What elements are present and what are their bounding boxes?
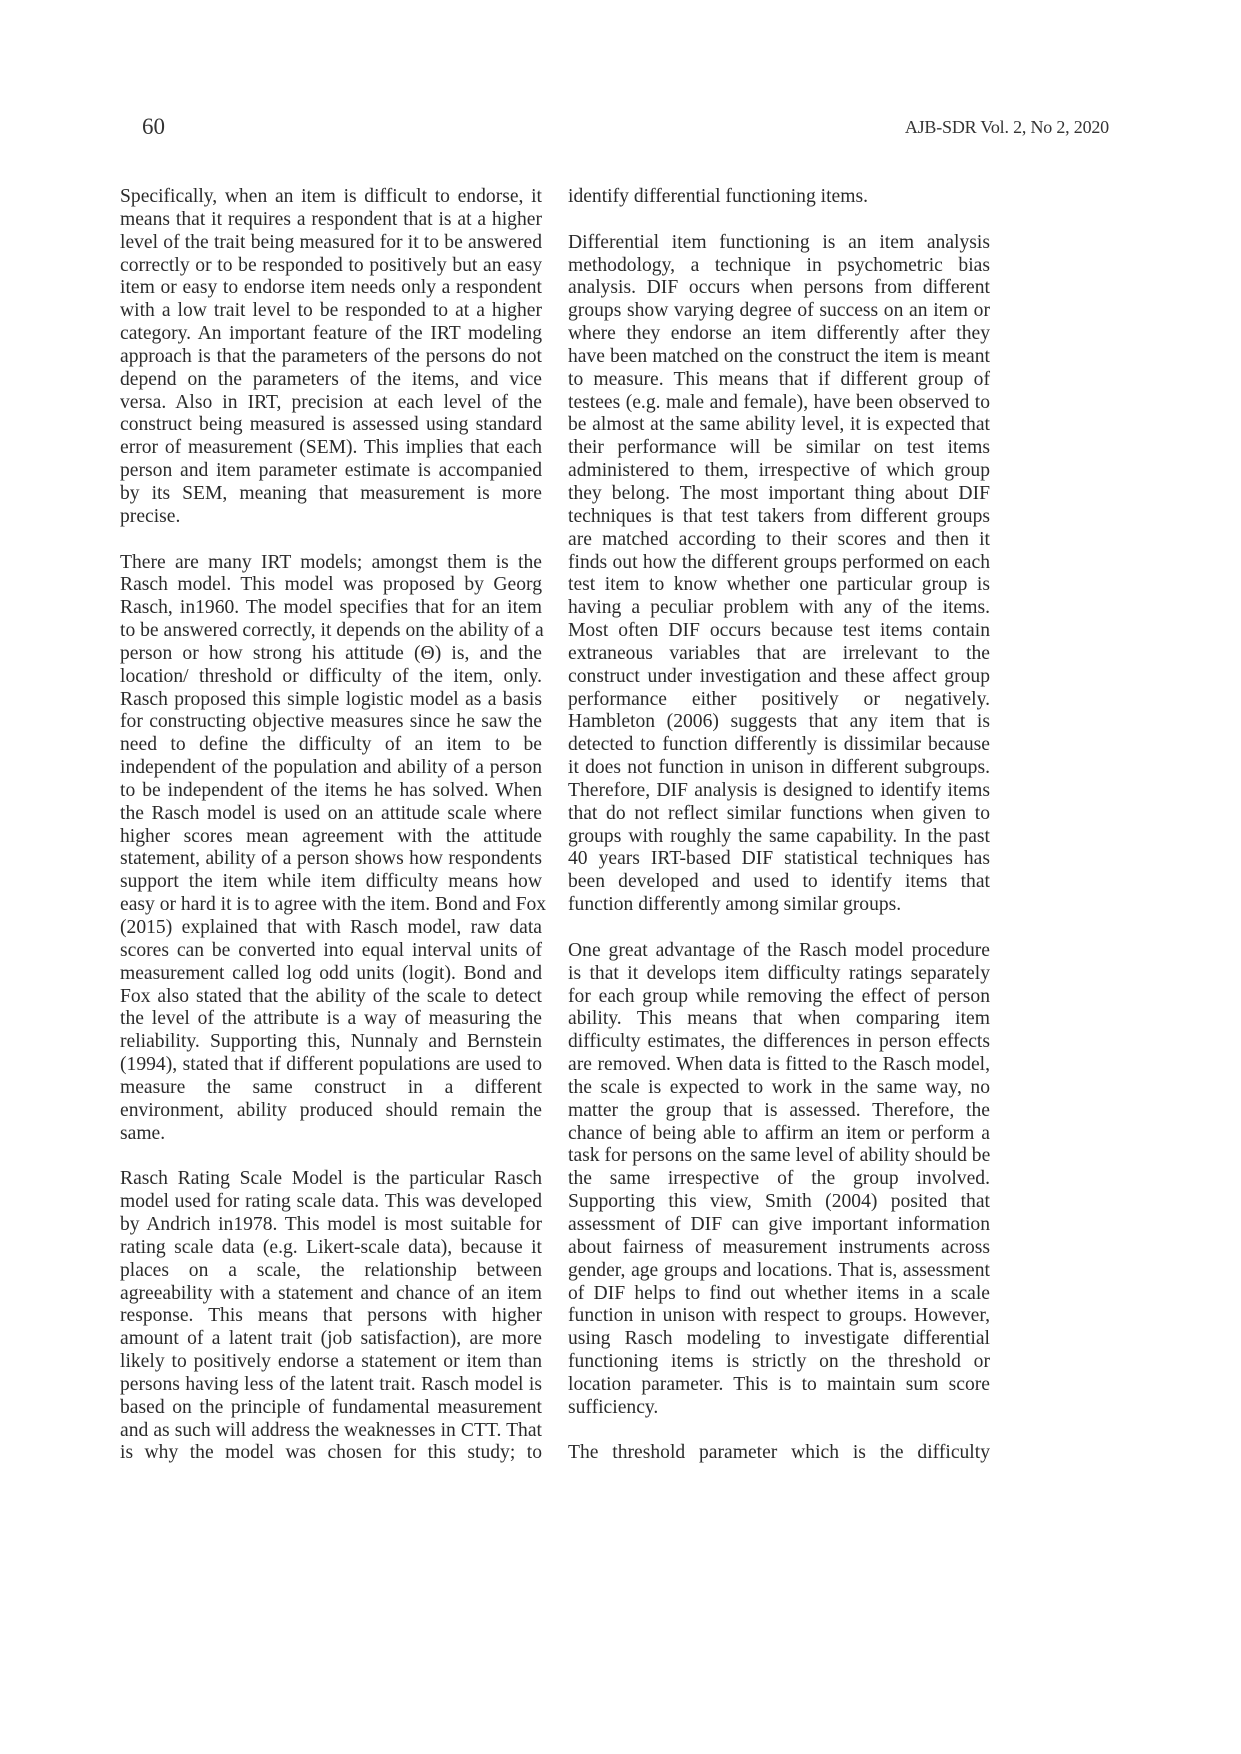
text-line: they belong. The most important thing ab… [568,483,990,506]
text-line: One great advantage of the Rasch model p… [568,940,990,963]
text-line: is that it develops item difficulty rati… [568,963,990,986]
body-paragraph: identify differential functioning items. [568,186,990,209]
text-line: ability. This means that when comparing … [568,1008,990,1031]
text-line: been developed and used to identify item… [568,871,990,894]
text-line: Hambleton (2006) suggests that any item … [568,711,990,734]
text-line: measure the same construct in a differen… [120,1077,542,1100]
text-line: the scale is expected to work in the sam… [568,1077,990,1100]
text-line: likely to positively endorse a statement… [120,1351,542,1374]
text-line: statement, ability of a person shows how… [120,848,542,871]
text-line: person or how strong his attitude (Θ) is… [120,643,542,666]
text-line: matter the group that is assessed. There… [568,1100,990,1123]
text-line: have been matched on the construct the i… [568,346,990,369]
text-line: assessment of DIF can give important inf… [568,1214,990,1237]
text-line: chance of being able to affirm an item o… [568,1123,990,1146]
body-paragraph: Specifically, when an item is difficult … [120,186,542,529]
text-line: 40 years IRT-based DIF statistical techn… [568,848,990,871]
text-line: testees (e.g. male and female), have bee… [568,392,990,415]
text-line: based on the principle of fundamental me… [120,1397,542,1420]
text-line: are matched according to their scores an… [568,529,990,552]
text-line: to be independent of the items he has so… [120,780,542,803]
text-line: response. This means that persons with h… [120,1305,542,1328]
text-line: functioning items is strictly on the thr… [568,1351,990,1374]
text-line: construct under investigation and these … [568,666,990,689]
text-line: having a peculiar problem with any of th… [568,597,990,620]
text-line: error of measurement (SEM). This implies… [120,437,542,460]
text-line: the Rasch model is used on an attitude s… [120,803,542,826]
text-line: (1994), stated that if different populat… [120,1054,542,1077]
page-header: 60 AJB-SDR Vol. 2, No 2, 2020 [0,114,1241,144]
text-line: persons having less of the latent trait.… [120,1374,542,1397]
text-line: independent of the population and abilit… [120,757,542,780]
text-line: by Andrich in1978. This model is most su… [120,1214,542,1237]
text-line: reliability. Supporting this, Nunnaly an… [120,1031,542,1054]
text-line: item or easy to endorse item needs only … [120,277,542,300]
text-line: groups with roughly the same capability.… [568,826,990,849]
text-line: higher scores mean agreement with the at… [120,826,542,849]
text-line: sufficiency. [568,1397,990,1420]
text-line: measurement called log odd units (logit)… [120,963,542,986]
text-line: to be answered correctly, it depends on … [120,620,542,643]
text-line: agreeability with a statement and chance… [120,1283,542,1306]
text-line: support the item while item difficulty m… [120,871,542,894]
text-line: the same irrespective of the group invol… [568,1168,990,1191]
left-column: Specifically, when an item is difficult … [120,186,542,1488]
text-line: difficulty estimates, the differences in… [568,1031,990,1054]
text-line: extraneous variables that are irrelevant… [568,643,990,666]
text-line: Rasch proposed this simple logistic mode… [120,689,542,712]
text-line: Therefore, DIF analysis is designed to i… [568,780,990,803]
text-line: Rasch Rating Scale Model is the particul… [120,1168,542,1191]
text-line: that do not reflect similar functions wh… [568,803,990,826]
text-line: same. [120,1123,542,1146]
text-line: finds out how the different groups perfo… [568,552,990,575]
text-line: test item to know whether one particular… [568,574,990,597]
text-line: depend on the parameters of the items, a… [120,369,542,392]
text-line: The threshold parameter which is the dif… [568,1442,990,1465]
body-paragraph: Rasch Rating Scale Model is the particul… [120,1168,542,1465]
text-line: for each group while removing the effect… [568,986,990,1009]
text-line: Rasch, in1960. The model specifies that … [120,597,542,620]
text-line: techniques is that test takers from diff… [568,506,990,529]
text-line: Rasch model. This model was proposed by … [120,574,542,597]
text-line: using Rasch modeling to investigate diff… [568,1328,990,1351]
text-line: (2015) explained that with Rasch model, … [120,917,542,940]
text-line: where they endorse an item differently a… [568,323,990,346]
text-line: of DIF helps to find out whether items i… [568,1283,990,1306]
text-line: about fairness of measurement instrument… [568,1237,990,1260]
body-paragraph: The threshold parameter which is the dif… [568,1442,990,1465]
text-line: groups show varying degree of success on… [568,300,990,323]
text-line: gender, age groups and locations. That i… [568,1260,990,1283]
text-line: location/ threshold or difficulty of the… [120,666,542,689]
text-line: analysis. DIF occurs when persons from d… [568,277,990,300]
text-line: Most often DIF occurs because test items… [568,620,990,643]
text-line: administered to them, irrespective of wh… [568,460,990,483]
text-line: approach is that the parameters of the p… [120,346,542,369]
right-column: identify differential functioning items.… [568,186,990,1488]
text-line: function differently among similar group… [568,894,990,917]
text-line: their performance will be similar on tes… [568,437,990,460]
text-line: Fox also stated that the ability of the … [120,986,542,1009]
text-line: to measure. This means that if different… [568,369,990,392]
text-line: model used for rating scale data. This w… [120,1191,542,1214]
text-line: environment, ability produced should rem… [120,1100,542,1123]
text-line: Supporting this view, Smith (2004) posit… [568,1191,990,1214]
text-line: correctly or to be responded to positive… [120,255,542,278]
text-line: task for persons on the same level of ab… [568,1145,990,1168]
text-line: and as such will address the weaknesses … [120,1420,542,1443]
text-line: need to define the difficulty of an item… [120,734,542,757]
body-paragraph: One great advantage of the Rasch model p… [568,940,990,1420]
text-line: for constructing objective measures sinc… [120,711,542,734]
text-line: location parameter. This is to maintain … [568,1374,990,1397]
text-line: construct being measured is assessed usi… [120,414,542,437]
text-line: performance either positively or negativ… [568,689,990,712]
text-line: versa. Also in IRT, precision at each le… [120,392,542,415]
text-line: person and item parameter estimate is ac… [120,460,542,483]
journal-reference: AJB-SDR Vol. 2, No 2, 2020 [905,117,1109,138]
text-line: the level of the attribute is a way of m… [120,1008,542,1031]
text-line: with a low trait level to be responded t… [120,300,542,323]
text-line: methodology, a technique in psychometric… [568,255,990,278]
text-line: level of the trait being measured for it… [120,232,542,255]
text-line: places on a scale, the relationship betw… [120,1260,542,1283]
page-number: 60 [142,114,165,140]
text-line: are removed. When data is fitted to the … [568,1054,990,1077]
text-line: scores can be converted into equal inter… [120,940,542,963]
text-line: identify differential functioning items. [568,186,990,209]
body-paragraph: There are many IRT models; amongst them … [120,552,542,1146]
text-line: be almost at the same ability level, it … [568,414,990,437]
text-line: amount of a latent trait (job satisfacti… [120,1328,542,1351]
body-paragraph: Differential item functioning is an item… [568,232,990,917]
text-line: precise. [120,506,542,529]
text-line: easy or hard it is to agree with the ite… [120,894,542,917]
text-line: There are many IRT models; amongst them … [120,552,542,575]
text-line: it does not function in unison in differ… [568,757,990,780]
text-line: function in unison with respect to group… [568,1305,990,1328]
text-line: is why the model was chosen for this stu… [120,1442,542,1465]
text-line: means that it requires a respondent that… [120,209,542,232]
text-line: Differential item functioning is an item… [568,232,990,255]
text-line: detected to function differently is diss… [568,734,990,757]
text-line: by its SEM, meaning that measurement is … [120,483,542,506]
text-line: Specifically, when an item is difficult … [120,186,542,209]
text-line: rating scale data (e.g. Likert-scale dat… [120,1237,542,1260]
text-line: category. An important feature of the IR… [120,323,542,346]
